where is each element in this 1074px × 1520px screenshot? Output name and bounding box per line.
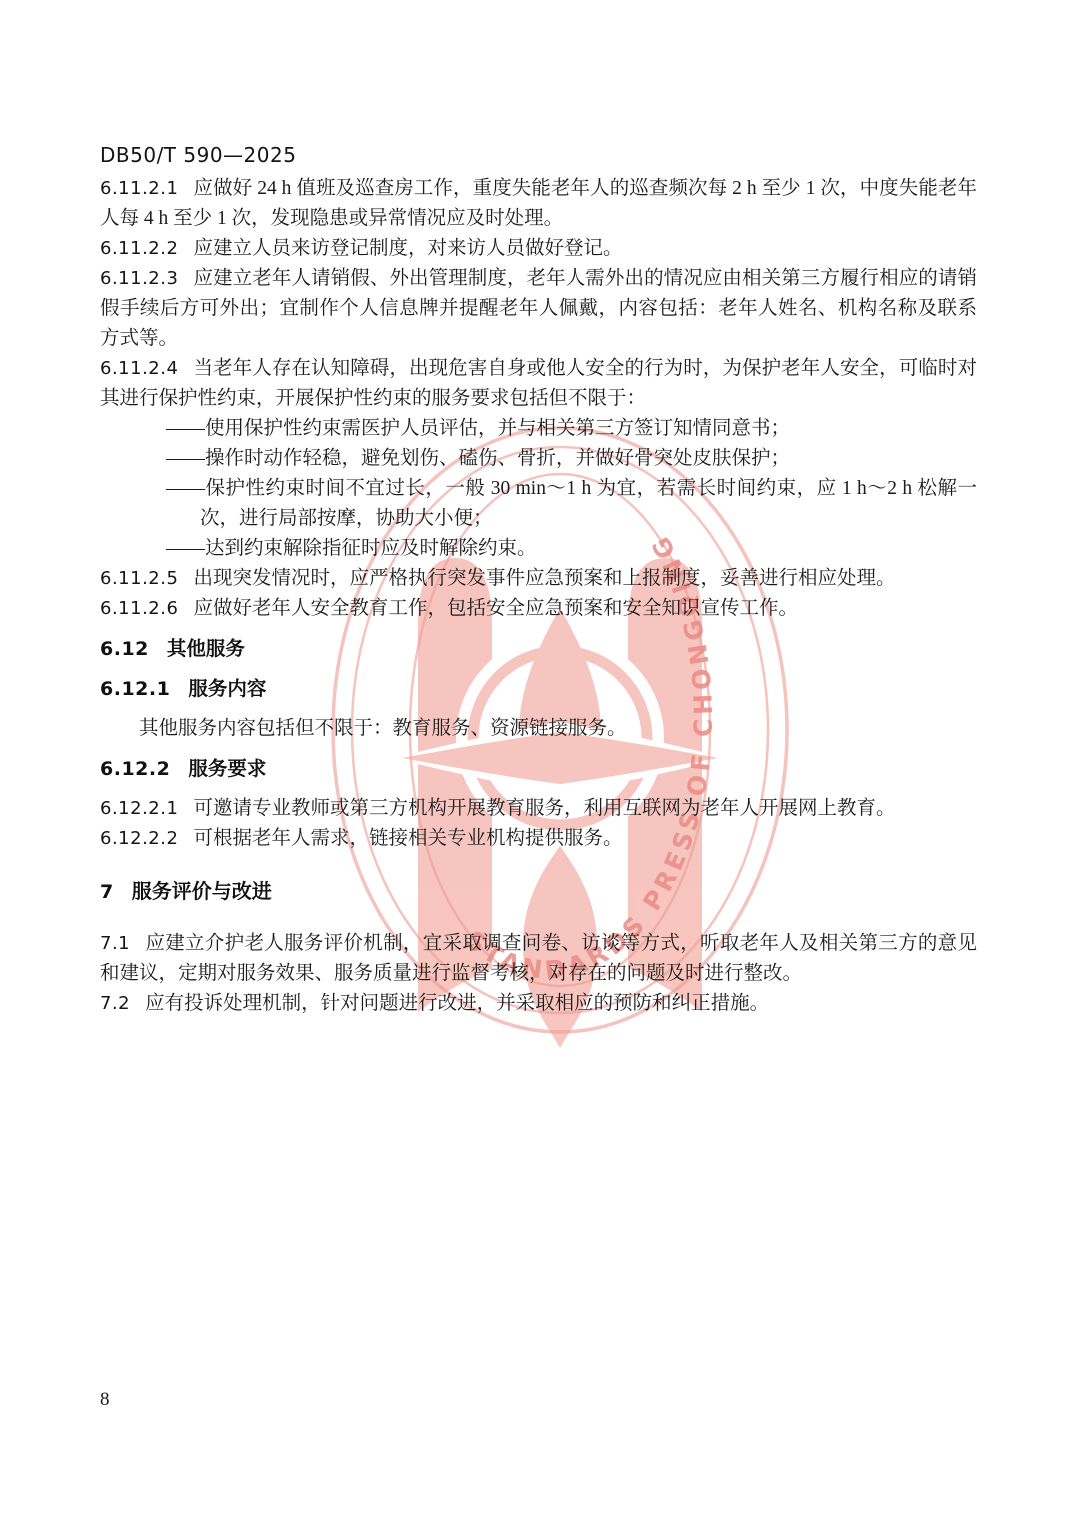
clause-number: 6.11.2.5 xyxy=(100,568,178,589)
section-heading: 6.12.1服务内容 xyxy=(100,674,977,704)
text-run: 应做好 24 h 值班及巡查房工作，重度失能老年人的巡查频次每 2 h 至少 1… xyxy=(100,178,977,229)
clause-number: 6.11.2.2 xyxy=(100,238,178,259)
clause-number: 6.11.2.6 xyxy=(100,598,178,619)
text-run: 应建立人员来访登记制度，对来访人员做好登记。 xyxy=(193,238,622,259)
clause-paragraph: 7.2应有投诉处理机制，针对问题进行改进，并采取相应的预防和纠正措施。 xyxy=(100,989,977,1019)
text-run: ——保护性约束时间不宜过长，一般 30 min～1 h 为宜，若需长时间约束，应… xyxy=(166,478,977,529)
section-heading: 6.12.2服务要求 xyxy=(100,754,977,784)
text-run: 可根据老年人需求，链接相关专业机构提供服务。 xyxy=(193,828,622,849)
page-number: 8 xyxy=(100,1389,110,1411)
document-body: 6.11.2.1应做好 24 h 值班及巡查房工作，重度失能老年人的巡查频次每 … xyxy=(100,174,977,1019)
clause-paragraph: 6.11.2.2应建立人员来访登记制度，对来访人员做好登记。 xyxy=(100,234,977,264)
text-run: 服务内容 xyxy=(188,677,266,700)
text-run: 其他服务内容包括但不限于：教育服务、资源链接服务。 xyxy=(139,718,627,739)
clause-paragraph: 6.11.2.4当老年人存在认知障碍，出现危害自身或他人安全的行为时，为保护老年… xyxy=(100,354,977,414)
text-run: 其他服务 xyxy=(167,637,245,660)
section-heading: 7服务评价与改进 xyxy=(100,876,977,907)
clause-number: 6.12.1 xyxy=(100,678,170,700)
dash-list-item: ——使用保护性约束需医护人员评估，并与相关第三方签订知情同意书； xyxy=(100,414,977,444)
clause-number: 6.11.2.4 xyxy=(100,358,178,379)
text-run: 可邀请专业教师或第三方机构开展教育服务，利用互联网为老年人开展网上教育。 xyxy=(193,798,895,819)
clause-number: 6.12 xyxy=(100,638,149,660)
clause-number: 6.12.2 xyxy=(100,758,170,780)
clause-number: 6.11.2.1 xyxy=(100,178,178,199)
text-run: 应建立介护老人服务评价机制，宜采取调查问卷、访谈等方式，听取老年人及相关第三方的… xyxy=(100,933,977,984)
text-run: 应建立老年人请销假、外出管理制度，老年人需外出的情况应由相关第三方履行相应的请销… xyxy=(100,268,977,349)
clause-number: 7.2 xyxy=(100,993,130,1014)
text-run: ——达到约束解除指征时应及时解除约束。 xyxy=(166,538,537,559)
clause-paragraph: 7.1应建立介护老人服务评价机制，宜采取调查问卷、访谈等方式，听取老年人及相关第… xyxy=(100,929,977,989)
body-paragraph: 其他服务内容包括但不限于：教育服务、资源链接服务。 xyxy=(100,714,977,744)
text-run: 当老年人存在认知障碍，出现危害自身或他人安全的行为时，为保护老年人安全，可临时对… xyxy=(100,358,977,409)
dash-list-item: ——保护性约束时间不宜过长，一般 30 min～1 h 为宜，若需长时间约束，应… xyxy=(100,474,977,534)
document-content: DB50/T 590—2025 6.11.2.1应做好 24 h 值班及巡查房工… xyxy=(0,0,1074,1019)
text-run: 出现突发情况时，应严格执行突发事件应急预案和上报制度，妥善进行相应处理。 xyxy=(193,568,895,589)
clause-paragraph: 6.11.2.5出现突发情况时，应严格执行突发事件应急预案和上报制度，妥善进行相… xyxy=(100,564,977,594)
text-run: ——操作时动作轻稳，避免划伤、磕伤、骨折，并做好骨突处皮肤保护； xyxy=(166,448,790,469)
clause-number: 6.12.2.2 xyxy=(100,828,178,849)
document-page: STANDARDS PRESS OF CHONGQING DB50/T 590—… xyxy=(0,0,1074,1520)
clause-number: 7.1 xyxy=(100,933,130,954)
clause-number: 7 xyxy=(100,881,114,903)
clause-number: 6.11.2.3 xyxy=(100,268,178,289)
dash-list-item: ——达到约束解除指征时应及时解除约束。 xyxy=(100,534,977,564)
standard-code-header: DB50/T 590—2025 xyxy=(100,142,977,168)
text-run: 服务评价与改进 xyxy=(132,879,272,903)
clause-paragraph: 6.12.2.2可根据老年人需求，链接相关专业机构提供服务。 xyxy=(100,824,977,854)
clause-paragraph: 6.11.2.1应做好 24 h 值班及巡查房工作，重度失能老年人的巡查频次每 … xyxy=(100,174,977,234)
text-run: 应有投诉处理机制，针对问题进行改进，并采取相应的预防和纠正措施。 xyxy=(145,993,769,1014)
clause-paragraph: 6.11.2.3应建立老年人请销假、外出管理制度，老年人需外出的情况应由相关第三… xyxy=(100,264,977,354)
text-run: ——使用保护性约束需医护人员评估，并与相关第三方签订知情同意书； xyxy=(166,418,790,439)
section-heading: 6.12其他服务 xyxy=(100,634,977,664)
text-run: 应做好老年人安全教育工作，包括安全应急预案和安全知识宣传工作。 xyxy=(193,598,798,619)
clause-paragraph: 6.11.2.6应做好老年人安全教育工作，包括安全应急预案和安全知识宣传工作。 xyxy=(100,594,977,624)
clause-number: 6.12.2.1 xyxy=(100,798,178,819)
text-run: 服务要求 xyxy=(188,757,266,780)
dash-list-item: ——操作时动作轻稳，避免划伤、磕伤、骨折，并做好骨突处皮肤保护； xyxy=(100,444,977,474)
clause-paragraph: 6.12.2.1可邀请专业教师或第三方机构开展教育服务，利用互联网为老年人开展网… xyxy=(100,794,977,824)
